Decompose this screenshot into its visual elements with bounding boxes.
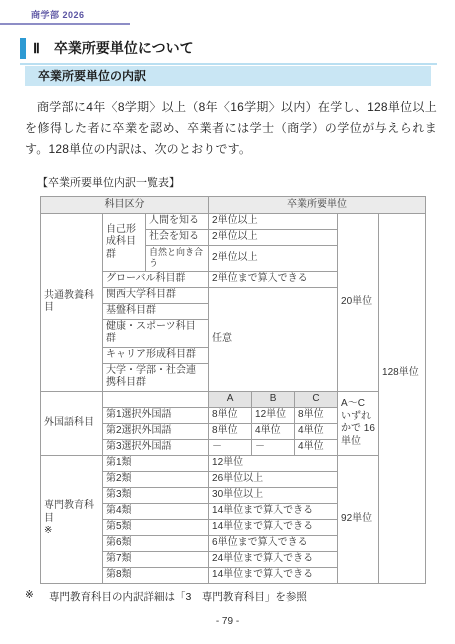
page-number: - 79 - xyxy=(0,616,455,627)
row-label: 自然と向き合う xyxy=(146,246,209,272)
subtotal-specialized: 92単位 xyxy=(338,455,379,583)
row-value: 2単位以上 xyxy=(209,230,338,246)
section-heading-title: Ⅱ 卒業所要単位について xyxy=(33,37,437,59)
row-label: 第2類 xyxy=(103,471,209,487)
subcategory-self-formation: 自己形成科目群 xyxy=(103,214,146,272)
table-footnote: ※ 専門教育科目の内訳詳細は「3 専門教育科目」を参照 xyxy=(25,589,437,604)
row-label: グローバル科目群 xyxy=(103,271,209,287)
section-heading: Ⅱ 卒業所要単位について xyxy=(20,37,437,65)
row-value: 2単位以上 xyxy=(209,246,338,272)
category-foreign-language: 外国語科目 xyxy=(41,391,103,455)
table-row: 専門教育科目 ※ 第1類 12単位 92単位 xyxy=(41,455,426,471)
row-value: 12単位 xyxy=(209,455,338,471)
row-value: 2単位まで算入できる xyxy=(209,271,338,287)
footnote-text: 専門教育科目の内訳詳細は「3 専門教育科目」を参照 xyxy=(49,589,307,604)
row-label: 第7類 xyxy=(103,551,209,567)
row-value: 30単位以上 xyxy=(209,487,338,503)
row-value-b: － xyxy=(252,439,295,455)
graduation-units-table: 科目区分 卒業所要単位 共通教養科目 自己形成科目群 人間を知る 2単位以上 2… xyxy=(40,196,426,584)
subsection-heading: 卒業所要単位の内訳 xyxy=(25,66,431,86)
row-label: 社会を知る xyxy=(146,230,209,246)
row-label: 基盤科目群 xyxy=(103,303,209,319)
category-specialized-education: 専門教育科目 ※ xyxy=(41,455,103,583)
row-value-a: 8単位 xyxy=(209,423,252,439)
row-label: 第4類 xyxy=(103,503,209,519)
row-value-a: － xyxy=(209,439,252,455)
units-table-block: 【卒業所要単位内訳一覧表】 科目区分 卒業所要単位 共通教養科目 自己形成科目群… xyxy=(25,174,437,604)
row-value: 26単位以上 xyxy=(209,471,338,487)
subtotal-common: 20単位 xyxy=(338,214,379,392)
row-label: 第1類 xyxy=(103,455,209,471)
row-label: 第2選択外国語 xyxy=(103,423,209,439)
header-required-units: 卒業所要単位 xyxy=(209,197,426,214)
row-label: 第5類 xyxy=(103,519,209,535)
row-value: 24単位まで算入できる xyxy=(209,551,338,567)
row-value-a: 8単位 xyxy=(209,407,252,423)
heading-accent-bar xyxy=(20,38,26,59)
header-category: 科目区分 xyxy=(41,197,209,214)
col-header-c: C xyxy=(295,391,338,407)
page-header-label: 商学部 2026 xyxy=(31,8,85,21)
row-label: 第8類 xyxy=(103,567,209,583)
row-value-optional: 任意 xyxy=(209,287,338,391)
empty-cell xyxy=(103,391,209,407)
table-title: 【卒業所要単位内訳一覧表】 xyxy=(37,174,437,190)
row-value: 14単位まで算入できる xyxy=(209,567,338,583)
row-value-b: 4単位 xyxy=(252,423,295,439)
col-header-b: B xyxy=(252,391,295,407)
body-paragraph: 商学部に4年〈8学期〉以上（8年〈16学期〉以内）在学し、128単位以上を修得し… xyxy=(25,97,437,160)
row-value-c: 8単位 xyxy=(295,407,338,423)
total-units: 128単位 xyxy=(379,214,426,584)
row-value: 14単位まで算入できる xyxy=(209,503,338,519)
page-header-divider xyxy=(0,23,130,25)
category-common-education: 共通教養科目 xyxy=(41,214,103,392)
row-label: キャリア形成科目群 xyxy=(103,347,209,363)
row-label: 人間を知る xyxy=(146,214,209,230)
footnote-mark: ※ xyxy=(25,589,49,604)
row-label: 第3類 xyxy=(103,487,209,503)
row-value: 2単位以上 xyxy=(209,214,338,230)
category-label: 専門教育科目 xyxy=(44,500,94,524)
row-value: 14単位まで算入できる xyxy=(209,519,338,535)
row-label: 第1選択外国語 xyxy=(103,407,209,423)
category-note-mark: ※ xyxy=(44,525,99,538)
row-value-b: 12単位 xyxy=(252,407,295,423)
table-row: 外国語科目 A B C A～C いずれかで 16単位 xyxy=(41,391,426,407)
row-label: 関西大学科目群 xyxy=(103,287,209,303)
table-header-row: 科目区分 卒業所要単位 xyxy=(41,197,426,214)
row-label: 健康・スポーツ科目群 xyxy=(103,319,209,347)
col-header-a: A xyxy=(209,391,252,407)
document-page: { "page": { "header_label": "商学部 2026", … xyxy=(0,0,455,644)
row-label: 第3選択外国語 xyxy=(103,439,209,455)
row-value: 6単位まで算入できる xyxy=(209,535,338,551)
row-label: 第6類 xyxy=(103,535,209,551)
subtotal-foreign-language: A～C いずれかで 16単位 xyxy=(338,391,379,455)
row-value-c: 4単位 xyxy=(295,439,338,455)
row-value-c: 4単位 xyxy=(295,423,338,439)
table-row: 共通教養科目 自己形成科目群 人間を知る 2単位以上 20単位 128単位 xyxy=(41,214,426,230)
row-label: 大学・学部・社会連携科目群 xyxy=(103,363,209,391)
